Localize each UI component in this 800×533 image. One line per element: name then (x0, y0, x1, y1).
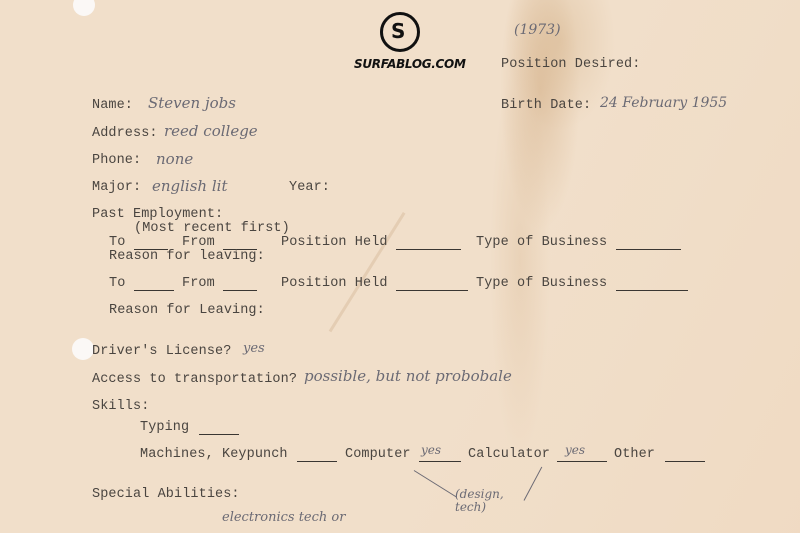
phone-label: Phone: (92, 153, 141, 168)
name-value: Steven jobs (148, 94, 236, 112)
skills-label: Skills: (92, 399, 149, 414)
to-field[interactable] (134, 279, 174, 291)
special-abilities-label: Special Abilities: (92, 487, 240, 502)
name-label: Name: (92, 98, 133, 113)
position-held-label: Position Held (281, 276, 388, 291)
business-type-field[interactable] (616, 238, 681, 250)
reason-leaving-label: Reason for leaving: (109, 249, 265, 264)
calculator-label: Calculator (468, 447, 550, 462)
phone-value: none (156, 150, 193, 168)
keypunch-field[interactable] (297, 450, 337, 462)
keypunch-label: Machines, Keypunch (140, 447, 288, 462)
transportation-label: Access to transportation? (92, 372, 297, 387)
position-desired-label: Position Desired: (501, 57, 640, 72)
past-employment-sublabel: (Most recent first) (134, 221, 290, 236)
birth-date-label: Birth Date: (501, 98, 591, 113)
business-type-label: Type of Business (476, 276, 607, 291)
from-label: From (182, 276, 215, 291)
reason-leaving-label: Reason for Leaving: (109, 303, 265, 318)
to-label: To (109, 276, 125, 291)
other-label: Other (614, 447, 655, 462)
calculator-value: yes (565, 443, 585, 457)
from-label: From (182, 235, 215, 250)
position-held-field[interactable] (396, 238, 461, 250)
past-employment-label: Past Employment: (92, 207, 223, 222)
position-held-field[interactable] (396, 279, 468, 291)
drivers-license-value: yes (243, 341, 265, 356)
to-label: To (109, 235, 125, 250)
skills-annotation: (design, tech) (455, 488, 515, 514)
computer-value: yes (421, 443, 441, 457)
computer-label: Computer (345, 447, 411, 462)
address-label: Address: (92, 126, 158, 141)
birth-date-value: 24 February 1955 (600, 95, 727, 111)
year-note: (1973) (514, 22, 561, 38)
business-type-label: Type of Business (476, 235, 607, 250)
business-type-field[interactable] (616, 279, 688, 291)
other-field[interactable] (665, 450, 705, 462)
year-label: Year: (289, 180, 330, 195)
major-value: english lit (152, 177, 227, 195)
watermark-brand: SURFABLOG.COM (354, 57, 466, 71)
address-value: reed college (164, 122, 258, 140)
drivers-license-label: Driver's License? (92, 344, 231, 359)
punch-hole-middle (72, 338, 94, 360)
transportation-value: possible, but not probobale (304, 367, 512, 385)
typing-label: Typing (140, 420, 189, 435)
special-abilities-value: electronics tech or (222, 510, 345, 525)
surfablog-logo-icon: S (380, 12, 420, 52)
from-field[interactable] (223, 279, 257, 291)
typing-field[interactable] (199, 423, 239, 435)
position-held-label: Position Held (281, 235, 388, 250)
major-label: Major: (92, 180, 141, 195)
